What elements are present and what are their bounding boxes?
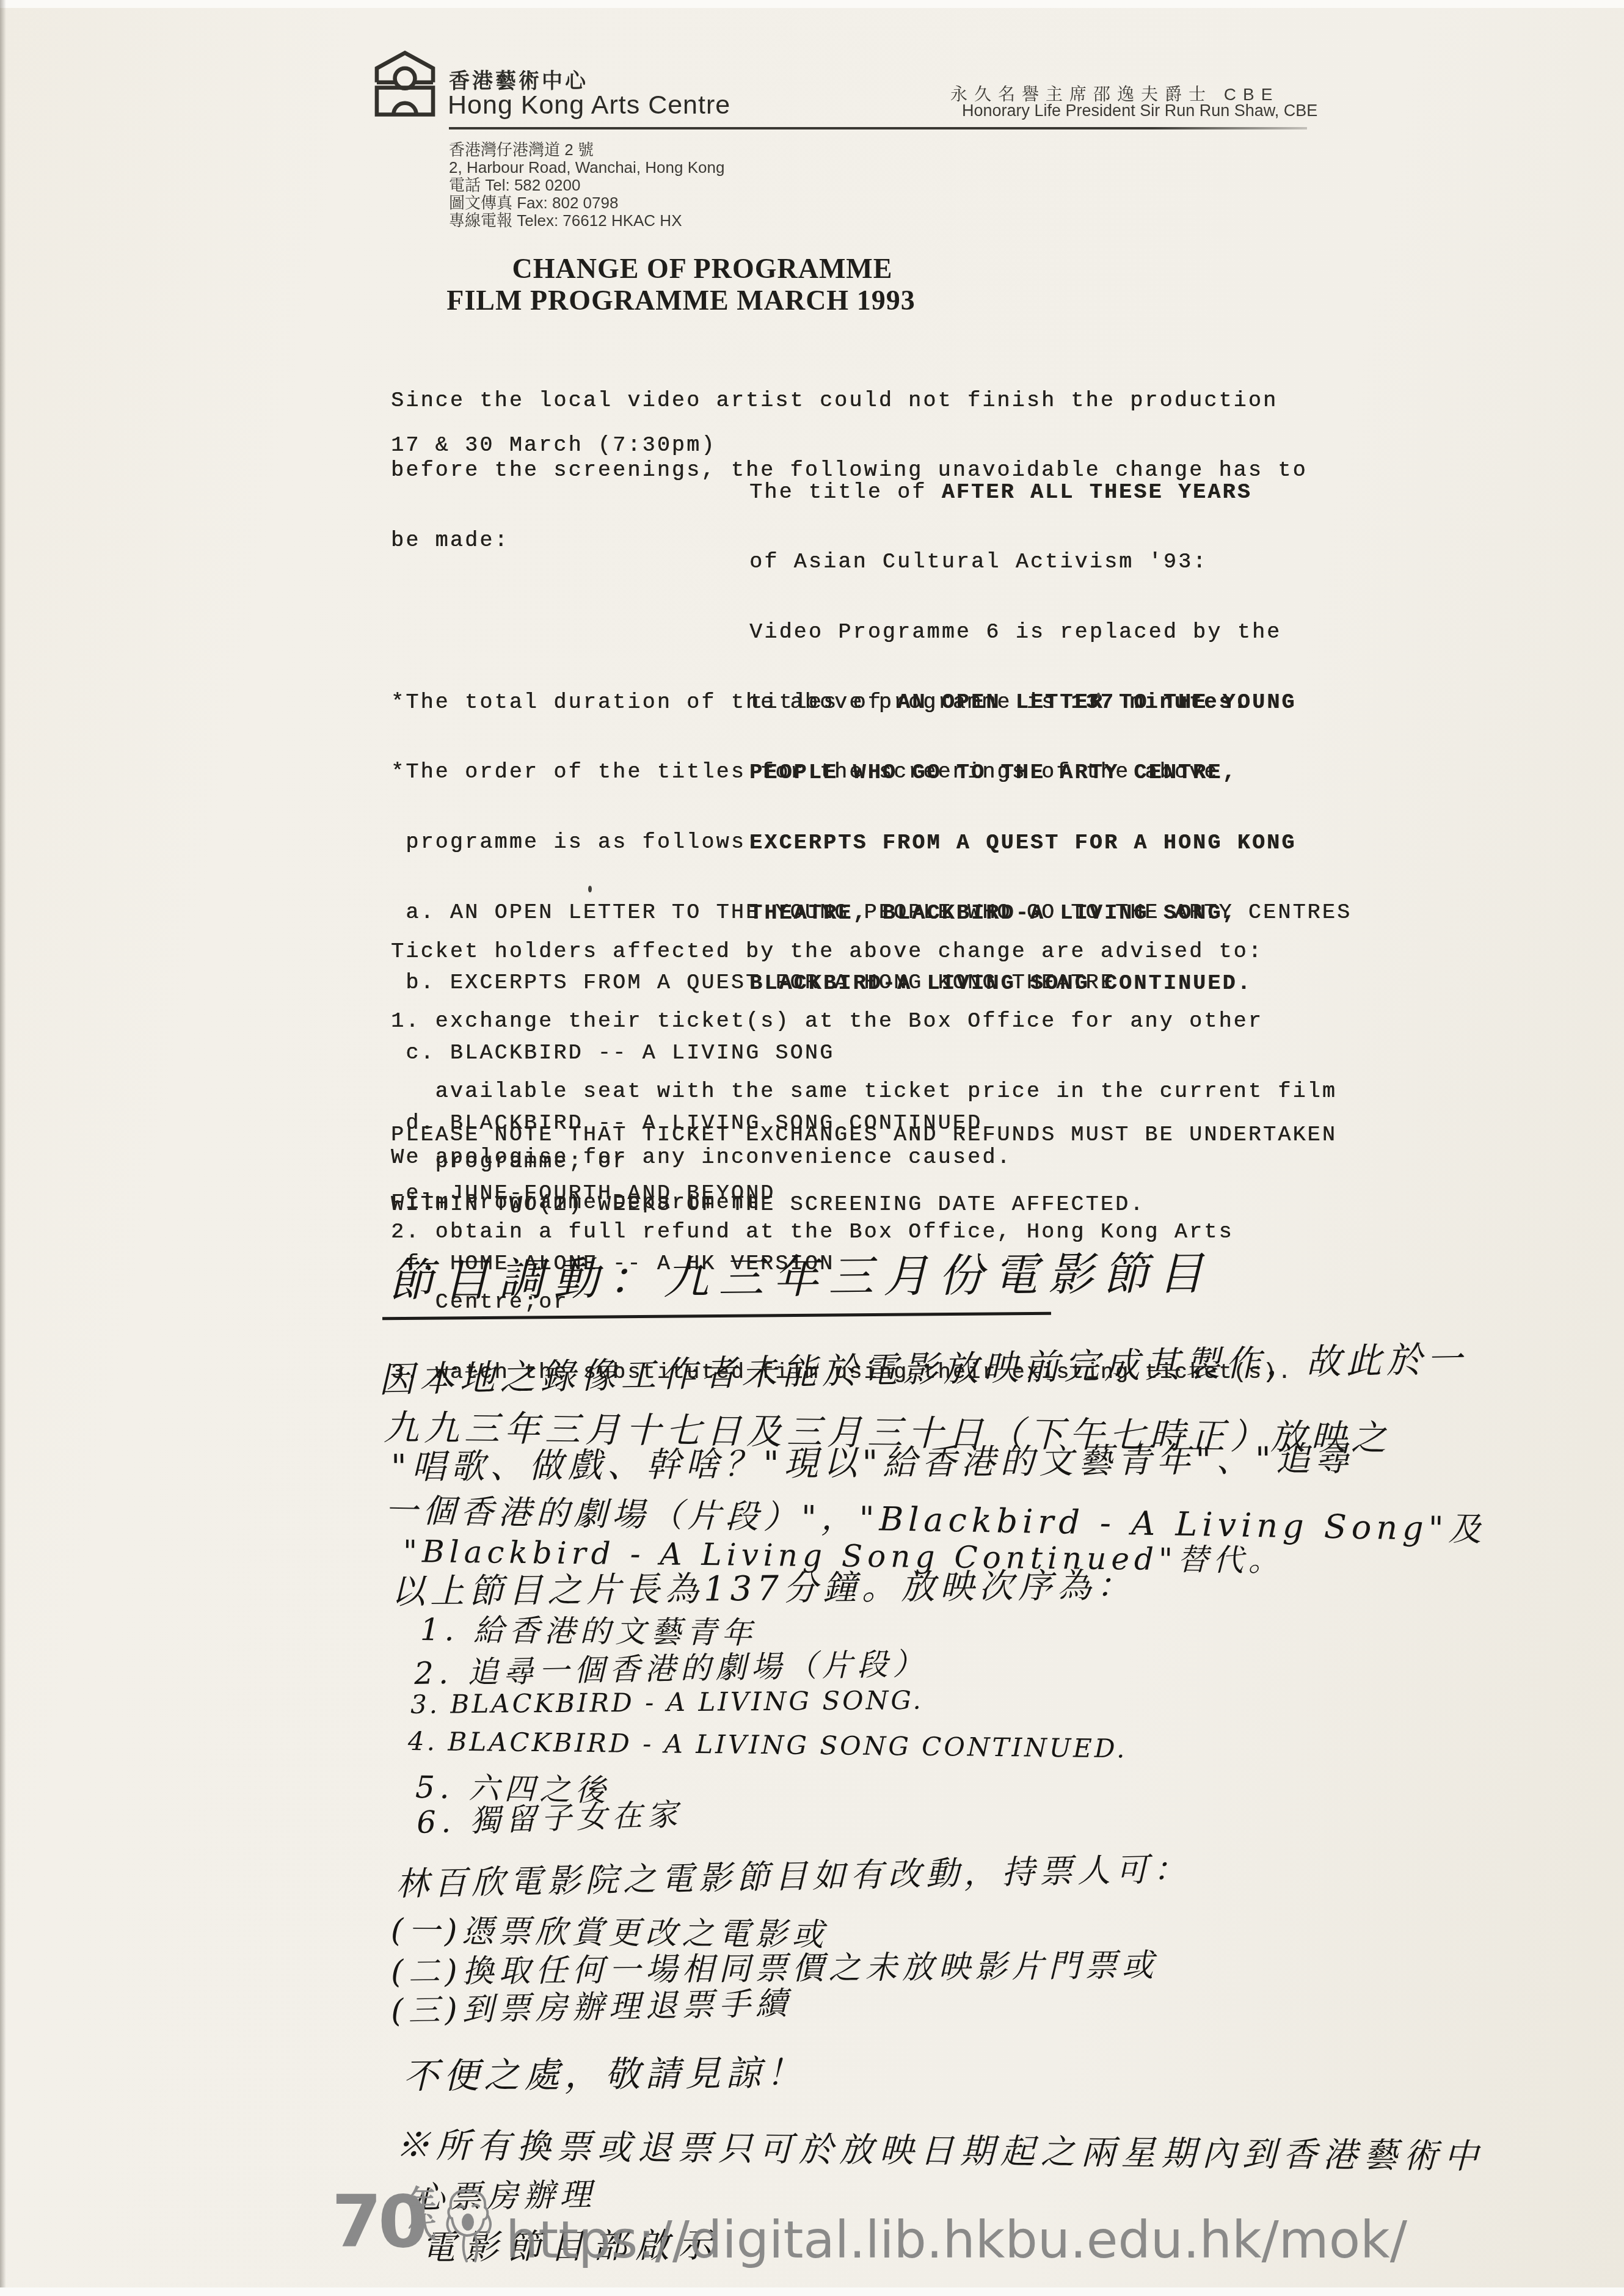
hw-cinema-line: 林百欣電影院之電影節目如有改動，持票人可： [395, 1843, 1191, 1905]
org-name-zh: 香港藝術中心 [449, 64, 588, 94]
hw-para-line: "唱歌、做戲、幹啥？"現以"給香港的文藝青年"、"追尋 [391, 1432, 1354, 1489]
scan-edge-left [0, 0, 6, 2296]
please-note-block: PLEASE NOTE THAT TICKET EXCHANGES AND RE… [391, 1076, 1337, 1263]
hw-list-item: 3. BLACKBIRD - A LIVING SONG. [410, 1685, 923, 1719]
apology-line-en: We apologise for any inconvenience cause… [391, 1146, 1012, 1169]
note-line: *The order of the titles for the screeni… [391, 760, 1352, 784]
scanned-letter-page: 香港藝術中心 Hong Kong Arts Centre 永久名譽主席邵逸夫爵士… [0, 0, 1624, 2296]
scan-edge-bottom [0, 2287, 1624, 2296]
hkac-logo-icon [371, 49, 439, 118]
scan-speck [1097, 693, 1100, 698]
doc-title-line2: FILM PROGRAMME MARCH 1993 [406, 284, 956, 316]
watermark-url: https://digital.lib.hkbu.edu.hk/mok/ [506, 2210, 1407, 2270]
ticket-heading: Ticket holders affected by the above cha… [391, 940, 1337, 963]
scan-edge-top [0, 0, 1624, 8]
hw-list-item: 6. 獨留子女在家 [416, 1790, 683, 1842]
schedule-line: of Asian Cultural Activism '93: [749, 550, 1297, 574]
scan-speck [588, 886, 592, 892]
tel-line: 電話 Tel: 582 0200 [449, 177, 580, 194]
watermark-era-text: 年 代 [408, 2187, 436, 2240]
letterhead-rule [449, 127, 1307, 129]
please-note-line: PLEASE NOTE THAT TICKET EXCHANGES AND RE… [391, 1123, 1337, 1146]
address-zh: 香港灣仔港灣道 2 號 [449, 141, 594, 159]
address-en: 2, Harbour Road, Wanchai, Hong Kong [449, 159, 724, 177]
honorary-president-en: Honorary Life President Sir Run Run Shaw… [962, 101, 1317, 120]
hw-cinema-line: (三)到票房辦理退票手續 [390, 1977, 792, 2031]
signature-en: Film Programme Department [391, 1191, 760, 1214]
fax-line: 圖文傳真 Fax: 802 0798 [449, 194, 618, 212]
org-name-en: Hong Kong Arts Centre [448, 90, 730, 120]
hw-list-item: 4. BLACKBIRD - A LIVING SONG CONTINUED. [408, 1726, 1127, 1763]
hw-apology-line: 不便之處，敬請見諒！ [403, 2044, 807, 2099]
schedule-line: Video Programme 6 is replaced by the [749, 621, 1297, 644]
screaming-face-icon [440, 2187, 498, 2269]
schedule-date: 17 & 30 March (7:30pm) [391, 434, 716, 457]
note-line: programme is as follows: [391, 831, 1352, 854]
doc-title-line1: CHANGE OF PROGRAMME [428, 252, 977, 285]
intro-line: Since the local video artist could not f… [391, 389, 1308, 412]
hw-para-line: 以上節目之片長為137分鐘。放映次序為： [391, 1558, 1136, 1614]
schedule-line: The title of AFTER ALL THESE YEARS [749, 481, 1297, 504]
telex-line: 專線電報 Telex: 76612 HKAC HX [449, 212, 682, 230]
note-line: *The total duration of the above program… [391, 691, 1352, 714]
hw-heading: 節目調動：九三年三月份電影節目 [388, 1237, 1214, 1310]
ticket-option: 1. exchange their ticket(s) at the Box O… [391, 1010, 1337, 1033]
